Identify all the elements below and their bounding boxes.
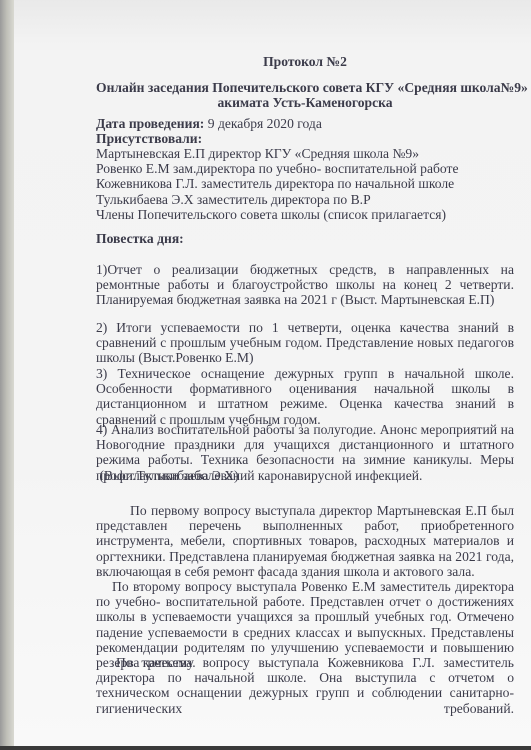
paragraph-third-question: По третьему вопросу выступала Кожевников… (96, 655, 514, 716)
attendees-label: Присутствовали: (96, 131, 514, 146)
attendee-item: Ровенко Е.М зам.директора по учебно- вос… (96, 161, 514, 176)
attendee-item: Кожевникова Г.Л. заместитель директора п… (96, 176, 514, 191)
attendee-item: Мартыневская Е.П директор КГУ «Средняя ш… (96, 146, 514, 161)
subtitle-line-1: Онлайн заседания Попечительского совета … (96, 80, 514, 95)
date-value: 9 декабря 2020 года (204, 116, 322, 131)
agenda-item-2: 2) Итоги успеваемости по 1 четверти, оце… (96, 320, 514, 366)
document-subtitle: Онлайн заседания Попечительского совета … (96, 80, 514, 110)
date-label: Дата проведения: (96, 116, 204, 131)
scan-edge-shadow (0, 0, 14, 750)
agenda-item-3: 3) Техническое оснащение дежурных групп … (96, 366, 514, 427)
meeting-date: Дата проведения: 9 декабря 2020 года (96, 116, 514, 131)
attendee-item: Тулькибаева Э.Х заместитель директора по… (96, 192, 514, 207)
attendees-list: Мартыневская Е.П директор КГУ «Средняя ш… (96, 146, 514, 222)
agenda-item-1: 1)Отчет о реализации бюджетных средств, … (96, 262, 514, 308)
paragraph-first-question: По первому вопросу выступала директор Ма… (96, 503, 514, 579)
attendee-item: Члены Попечительского совета школы (спис… (96, 207, 514, 222)
document-page: Протокол №2 Онлайн заседания Попечительс… (14, 0, 531, 746)
agenda-item-4-speaker: (Выст.Тулькибаева Э.Х) (96, 468, 514, 483)
agenda-label: Повестка дня: (96, 231, 514, 246)
subtitle-line-2: акимата Усть-Каменогорска (96, 95, 514, 110)
document-title: Протокол №2 (96, 54, 514, 69)
scan-bottom-edge (0, 746, 531, 750)
